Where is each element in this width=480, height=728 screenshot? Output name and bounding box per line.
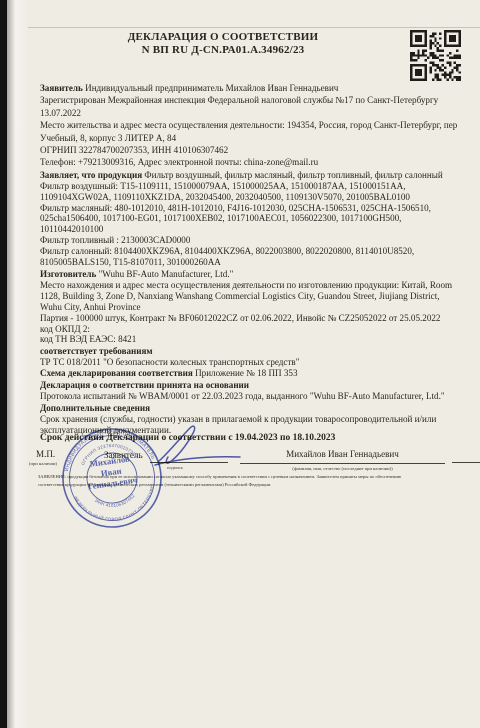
field-label: Заявляет, что продукция (40, 170, 142, 180)
doc-line: Фильтр топливный : 2130003CAD0000 (40, 235, 466, 246)
document-body: ДЕКЛАРАЦИЯ О СООТВЕТСТВИИ N ВП RU Д-CN.Р… (40, 31, 466, 437)
applicant-section: Заявитель Индивидуальный предприниматель… (40, 82, 466, 169)
doc-line: Wuhu City, Anhui Province (40, 302, 466, 313)
stamp-ring-inner-bottom: ИНН 410106307462 (94, 492, 138, 510)
doc-line: Заявляет, что продукция Фильтр воздушный… (40, 170, 466, 181)
doc-line: 1109104XGW02A, 1109110XKZ1DA, 2032045400… (40, 192, 466, 203)
pen-signature (152, 424, 244, 472)
products-section: Заявляет, что продукция Фильтр воздушный… (40, 170, 466, 268)
doc-line: Учебный, 8, корпус 3 ЛИТЕР А, 84 (40, 132, 466, 144)
doc-line: Схема декларирования соответствия Прилож… (40, 368, 466, 379)
doc-line: ОГРНИП 322784700207353, ИНН 410106307462 (40, 144, 466, 156)
doc-line: Декларация о соответствии принята на осн… (40, 380, 466, 391)
field-label: Декларация о соответствии принята на осн… (40, 380, 249, 390)
doc-line: Место жительства и адрес места осуществл… (40, 119, 466, 131)
field-label: Дополнительные сведения (40, 403, 150, 413)
field-label: Изготовитель (40, 269, 96, 279)
basis-section: Декларация о соответствии принята на осн… (40, 380, 466, 402)
doc-line: Фильтр воздушный: Т15-1109111, 151000079… (40, 181, 466, 192)
signatory-name: Михайлов Иван Геннадьевич (240, 449, 445, 459)
doc-line: 13.07.2022 (40, 107, 466, 119)
doc-line: 1128, Building 3, Zone D, Nanxiang Wansh… (40, 291, 466, 302)
title-line: ДЕКЛАРАЦИЯ О СООТВЕТСТВИИ (40, 31, 406, 44)
doc-line: Срок хранения (службы, годности) указан … (40, 414, 466, 425)
doc-line: 8105005BALS150, T15-8107011, 301000260AA (40, 257, 466, 268)
round-stamp: ИНДИВИДУАЛЬНЫЙ ПРЕДПРИНИМАТЕЛЬ ФЕДЕРАЛЬН… (60, 426, 164, 530)
name-caption: (фамилия, имя, отчество (последние при н… (240, 466, 445, 471)
scan-edge-strip (0, 0, 7, 728)
name-rule (240, 463, 445, 464)
doc-line: 025cha1506400, 1017100-EG01, 1017100XEB0… (40, 213, 466, 224)
doc-line: Фильтр салонный: 8104400XKZ96A, 8104400X… (40, 246, 466, 257)
doc-line: Дополнительные сведения (40, 403, 466, 414)
field-label: Схема декларирования соответствия (40, 368, 193, 378)
document-title: ДЕКЛАРАЦИЯ О СООТВЕТСТВИИ N ВП RU Д-CN.Р… (40, 31, 406, 57)
mp-note: (при наличии) (29, 461, 57, 466)
document-number: N ВП RU Д-CN.РА01.А.34962/23 (40, 44, 406, 57)
doc-line: Зарегистрирован Межрайонная инспекция Фе… (40, 94, 466, 106)
svg-text:ИНН 410106307462: ИНН 410106307462 (94, 492, 138, 510)
field-label: соответствует требованиям (40, 346, 153, 356)
doc-line: соответствует требованиям (40, 346, 466, 357)
mp-label: М.П. (36, 449, 55, 459)
field-label: Заявитель (40, 83, 83, 93)
doc-line: Заявитель Индивидуальный предприниматель… (40, 82, 466, 94)
scan-margin (7, 0, 26, 728)
paper-top-edge (28, 27, 480, 28)
doc-line: Телефон: +79213009316, Адрес электронной… (40, 156, 466, 168)
manufacturer-section: Изготовитель "Wuhu BF-Auto Manufacturer,… (40, 269, 466, 345)
doc-line: 10110442010100 (40, 224, 466, 235)
doc-line: ТР ТС 018/2011 "О безопасности колесных … (40, 357, 466, 368)
doc-line: код ОКПД 2: (40, 324, 466, 335)
stamp-name-line: Геннадьевич (87, 475, 138, 492)
right-rule (452, 462, 480, 463)
compliance-section: соответствует требованиям ТР ТС 018/2011… (40, 346, 466, 379)
doc-line: Место нахождения и адрес места осуществл… (40, 280, 466, 291)
doc-line: Изготовитель "Wuhu BF-Auto Manufacturer,… (40, 269, 466, 280)
doc-line: код ТН ВЭД ЕАЭС: 8421 (40, 334, 466, 345)
doc-line: Протокола испытаний № WBAM/0001 от 22.03… (40, 391, 466, 402)
doc-line: Партия - 100000 штук, Контракт № BF06012… (40, 313, 466, 324)
doc-line: Фильтр масляный: 480-1012010, 481Н-10120… (40, 203, 466, 214)
